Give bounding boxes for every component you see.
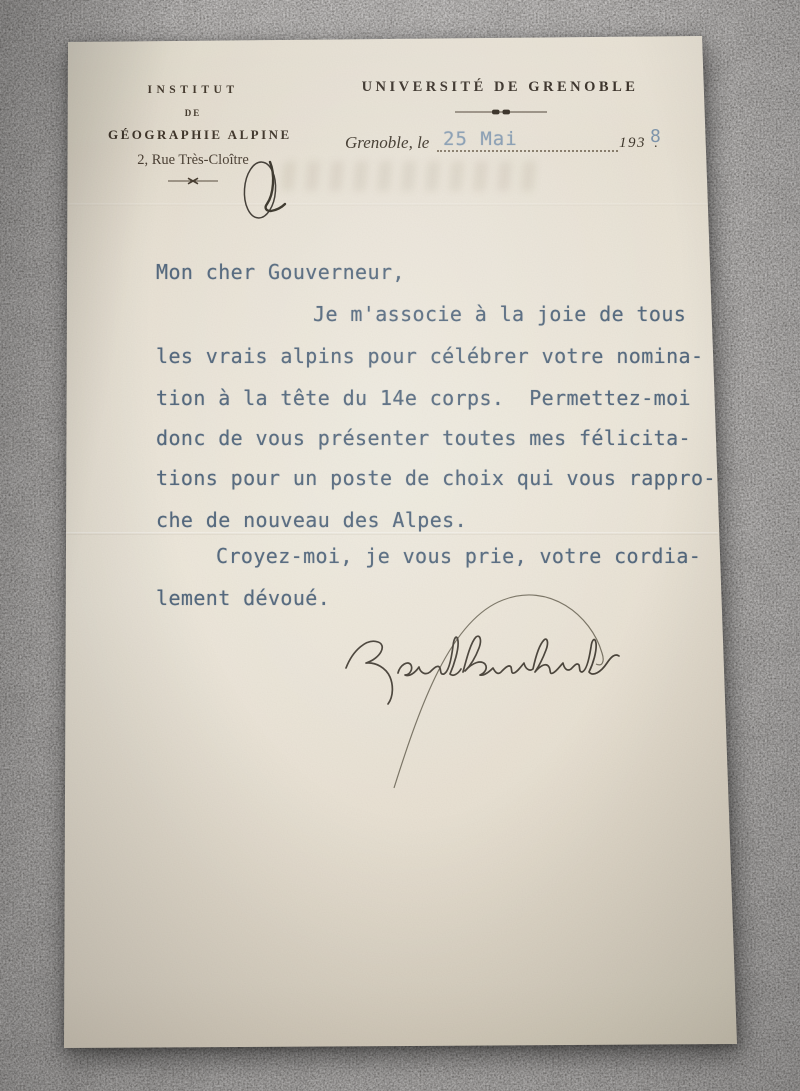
signature-name-stroke (346, 636, 619, 704)
signature-flourish-arc (394, 595, 603, 788)
photo-scene: INSTITUT DE GÉOGRAPHIE ALPINE 2, Rue Trè… (0, 0, 800, 1091)
paper-shadow: INSTITUT DE GÉOGRAPHIE ALPINE 2, Rue Trè… (0, 0, 800, 1091)
signature (0, 0, 800, 1091)
letter-paper: INSTITUT DE GÉOGRAPHIE ALPINE 2, Rue Trè… (0, 0, 800, 1091)
